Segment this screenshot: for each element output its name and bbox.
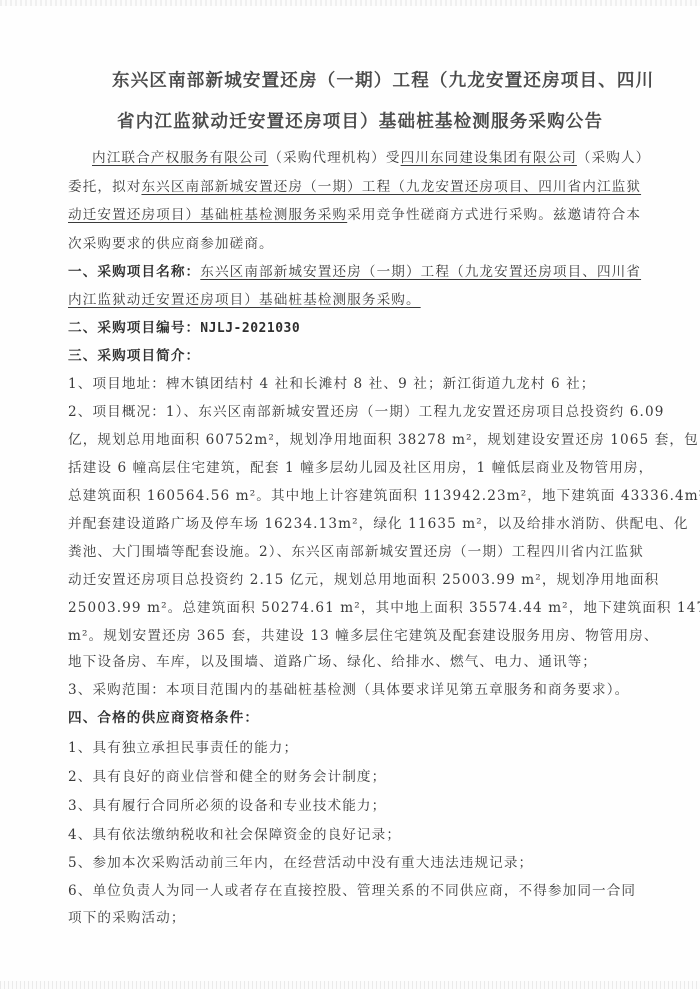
document-title-line-1: 东兴区南部新城安置还房（一期）工程（九龙安置还房项目、四川 xyxy=(112,67,672,92)
intro-line-2: 委托，拟对东兴区南部新城安置还房（一期）工程（九龙安置还房项目、四川省内江监狱 xyxy=(68,177,648,197)
intro-line-3: 动迁安置还房项目）基础桩基检测服务采购采用竞争性磋商方式进行采购。兹邀请符合本 xyxy=(68,205,648,225)
project-name-part-1: 东兴区南部新城安置还房（一期）工程（九龙安置还房项目、四川省内江监狱 xyxy=(141,179,641,195)
qualification-item: 1、具有独立承担民事责任的能力； xyxy=(68,738,648,758)
section-1-heading: 一、采购项目名称： xyxy=(68,264,200,280)
qualification-item: 2、具有良好的商业信誉和健全的财务会计制度； xyxy=(68,767,648,787)
qualification-item: 5、参加本次采购活动前三年内，在经营活动中没有重大违法违规记录； xyxy=(68,853,648,873)
section-3-line: 括建设 6 幢高层住宅建筑，配套 1 幢多层幼儿园及社区用房，1 幢低层商业及物… xyxy=(68,458,648,478)
section-3-line: m²。规划安置还房 365 套，共建设 13 幢多层住宅建筑及配套建设服务用房、… xyxy=(68,626,648,646)
section-3-line: 并配套建设道路广场及停车场 16234.13m²，绿化 11635 m²，以及给… xyxy=(68,514,648,534)
section-3-line: 3、采购范围：本项目范围内的基础桩基检测（具体要求详见第五章服务和商务要求）。 xyxy=(68,680,648,700)
document-title-line-2: 省内江监狱动迁安置还房项目）基础桩基检测服务采购公告 xyxy=(117,108,677,133)
purchaser-name: 四川东同建设集团有限公司 xyxy=(401,150,577,166)
section-1-line-2: 内江监狱动迁安置还房项目）基础桩基检测服务采购。 xyxy=(68,290,648,310)
agency-role: （采购代理机构）受 xyxy=(268,150,400,166)
section-3-line: 25003.99 m²。总建筑面积 50274.61 m²，其中地上面积 355… xyxy=(68,598,648,618)
qualification-item-continued: 项下的采购活动； xyxy=(68,908,648,928)
section-4-heading: 四、合格的供应商资格条件： xyxy=(68,708,648,728)
project-name-part-2: 动迁安置还房项目）基础桩基检测服务采购 xyxy=(68,207,347,223)
intro-prefix: 委托，拟对 xyxy=(68,179,141,195)
section-2-heading: 二、采购项目编号： xyxy=(68,320,200,336)
section-3-line: 地下设备房、车库，以及围墙、道路广场、绿化、给排水、燃气、电力、通讯等； xyxy=(68,652,648,672)
section-2-line: 二、采购项目编号：NJLJ-2021030 xyxy=(68,318,648,339)
scan-artifact-bottom xyxy=(0,981,700,989)
section-1-line-1: 一、采购项目名称：东兴区南部新城安置还房（一期）工程（九龙安置还房项目、四川省 xyxy=(68,262,648,282)
qualification-item: 6、单位负责人为同一人或者存在直接控股、管理关系的不同供应商，不得参加同一合同 xyxy=(68,881,648,901)
section-3-line: 亿，规划总用地面积 60752m²，规划净用地面积 38278 m²，规划建设安… xyxy=(68,430,648,450)
purchaser-role: （采购人） xyxy=(577,150,650,166)
scan-artifact-top xyxy=(0,0,700,6)
intro-suffix: 采用竞争性磋商方式进行采购。兹邀请符合本 xyxy=(347,207,641,223)
section-3-line: 粪池、大门围墙等配套设施。2）、东兴区南部新城安置还房（一期）工程四川省内江监狱 xyxy=(68,542,648,562)
section-3-line: 总建筑面积 160564.56 m²。其中地上计容建筑面积 113942.23m… xyxy=(68,486,648,506)
intro-line-4: 次采购要求的供应商参加磋商。 xyxy=(68,234,648,254)
scanned-page: 东兴区南部新城安置还房（一期）工程（九龙安置还房项目、四川 省内江监狱动迁安置还… xyxy=(0,0,700,989)
intro-line-1: 内江联合产权服务有限公司（采购代理机构）受四川东同建设集团有限公司（采购人） xyxy=(92,148,672,168)
section-1-value-part-1: 东兴区南部新城安置还房（一期）工程（九龙安置还房项目、四川省 xyxy=(200,264,641,280)
agency-name: 内江联合产权服务有限公司 xyxy=(92,150,268,166)
section-3-line: 2、项目概况：1）、东兴区南部新城安置还房（一期）工程九龙安置还房项目总投资约 … xyxy=(68,402,648,422)
section-3-line: 1、项目地址：椑木镇团结村 4 社和长滩村 8 社、9 社；新江街道九龙村 6 … xyxy=(68,374,648,394)
section-3-heading: 三、采购项目简介： xyxy=(68,346,648,366)
section-3-line: 动迁安置还房项目总投资约 2.15 亿元，规划总用地面积 25003.99 m²… xyxy=(68,570,648,590)
qualification-item: 3、具有履行合同所必须的设备和专业技术能力； xyxy=(68,796,648,816)
project-number: NJLJ-2021030 xyxy=(200,321,300,336)
section-1-value-part-2: 内江监狱动迁安置还房项目）基础桩基检测服务采购。 xyxy=(68,292,421,308)
qualification-item: 4、具有依法缴纳税收和社会保障资金的良好记录； xyxy=(68,825,648,845)
